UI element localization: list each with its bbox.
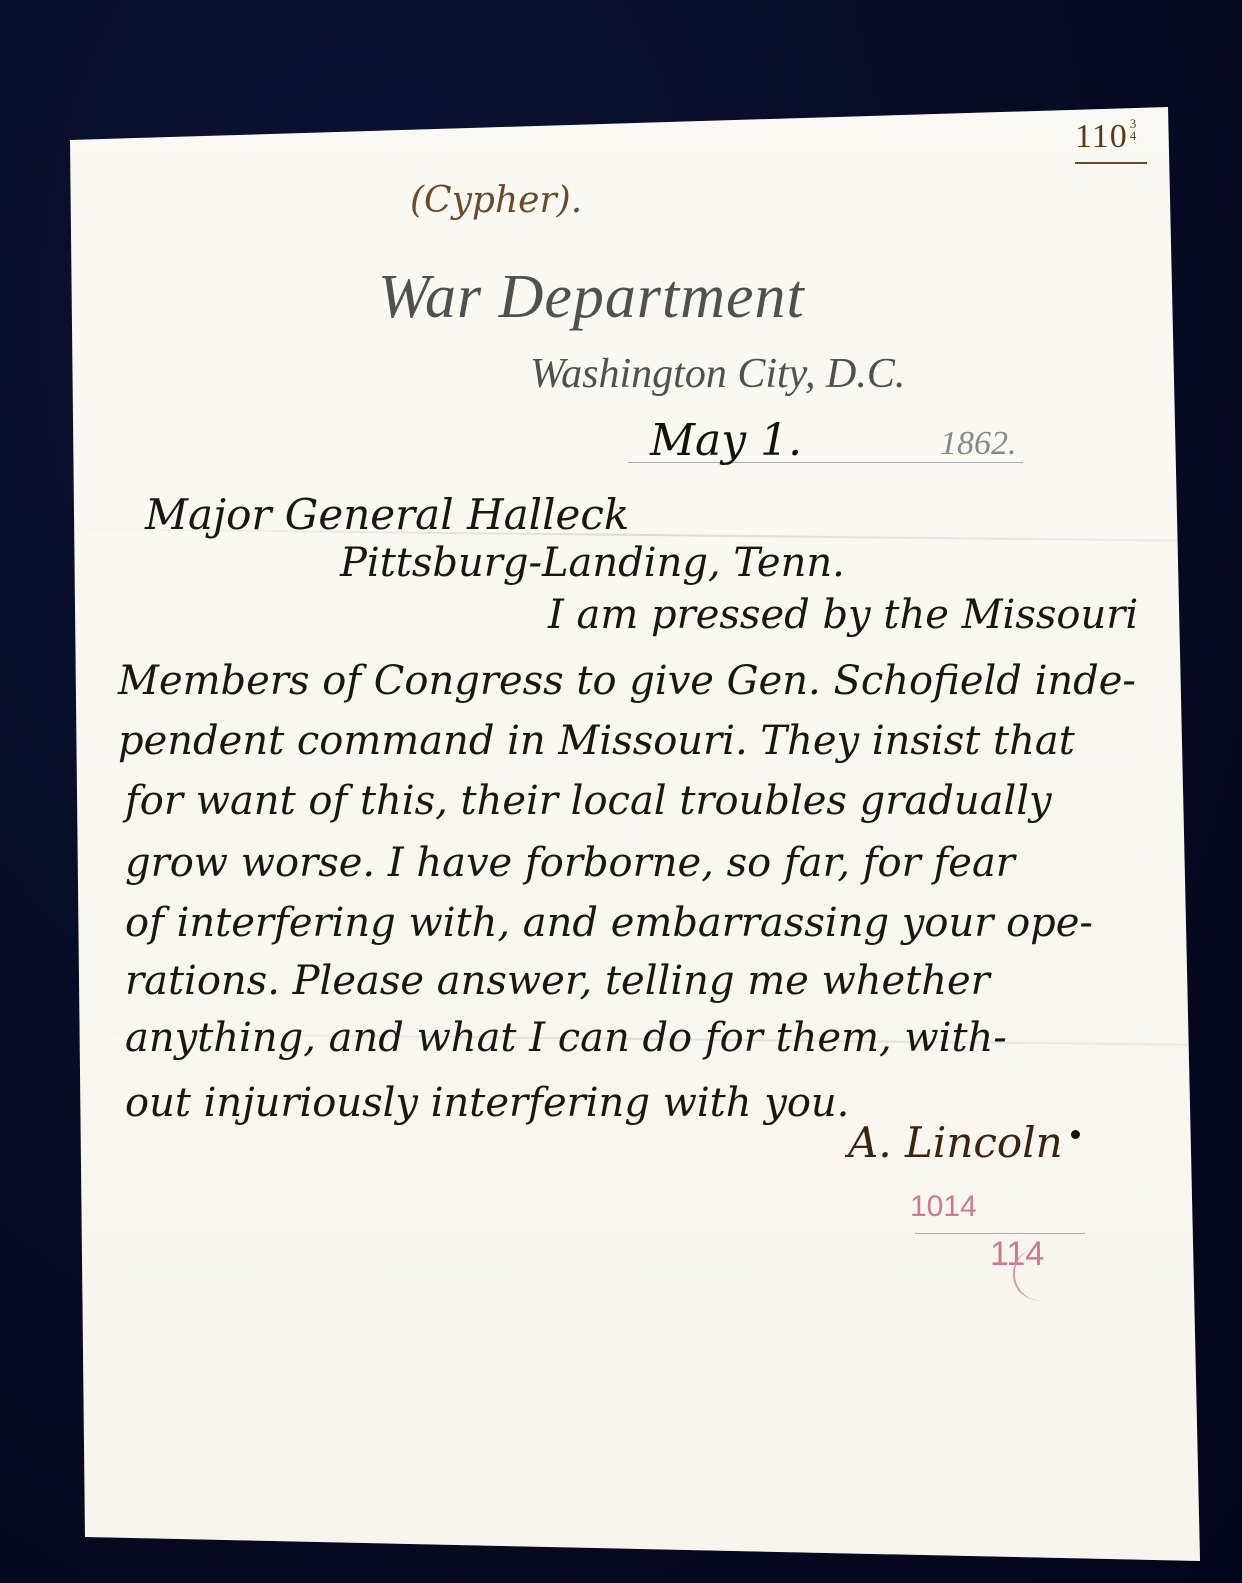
letterhead-department: War Department bbox=[378, 262, 805, 333]
body-line: rations. Please answer, telling me wheth… bbox=[125, 958, 990, 1004]
body-line: pendent command in Missouri. They insist… bbox=[118, 718, 1075, 764]
body-line: anything, and what I can do for them, wi… bbox=[125, 1015, 1007, 1061]
folio-whole: 110 bbox=[1075, 118, 1128, 155]
recipient-name: Major General Halleck bbox=[145, 490, 629, 539]
body-line: Members of Congress to give Gen. Schofie… bbox=[118, 658, 1136, 704]
recipient-location: Pittsburg-Landing, Tenn. bbox=[340, 540, 845, 586]
date-year: 1862. bbox=[940, 425, 1017, 463]
signature: A. Lincoln bbox=[848, 1118, 1063, 1167]
body-line: out injuriously interfering with you. bbox=[125, 1080, 849, 1126]
cypher-annotation: (Cypher). bbox=[410, 180, 582, 221]
body-line: I am pressed by the Missouri bbox=[548, 592, 1138, 638]
body-line: grow worse. I have forborne, so far, for… bbox=[125, 840, 1015, 886]
archival-mark-upper: 1014 bbox=[910, 1190, 977, 1224]
body-line: of interfering with, and embarrassing yo… bbox=[125, 900, 1093, 946]
ink-dot bbox=[1071, 1130, 1080, 1139]
folio-fraction: 34 bbox=[1130, 118, 1138, 142]
date-month-day: May 1. bbox=[650, 415, 802, 466]
body-line: for want of this, their local troubles g… bbox=[125, 778, 1052, 824]
archival-mark-rule bbox=[915, 1233, 1085, 1234]
letterhead-place: Washington City, D.C. bbox=[530, 350, 905, 398]
folio-underline bbox=[1075, 162, 1147, 164]
folio-number: 11034 bbox=[1075, 118, 1137, 156]
folio-denominator: 4 bbox=[1130, 128, 1138, 143]
